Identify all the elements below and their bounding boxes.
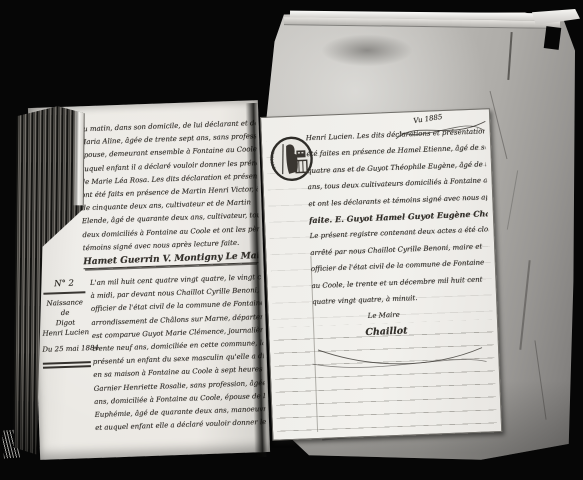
register-scan: N° 2 Naissance de Digot Henri Lucien Du …	[0, 0, 583, 480]
act-2-text: L'an mil huit cent quatre vingt quatre, …	[90, 271, 266, 435]
signature-flourish	[308, 335, 491, 380]
paper-crease	[519, 260, 530, 350]
act-number: N° 2	[40, 278, 88, 290]
paper-crease	[490, 91, 508, 159]
paper-crease	[507, 170, 518, 229]
margin-annotation: N° 2 Naissance de Digot Henri Lucien Du …	[40, 278, 91, 368]
left-page-text: du matin, dans son domicile, de lui décl…	[78, 117, 266, 435]
margin-note-date: Du 25 mai 1884	[42, 344, 90, 354]
margin-rule	[43, 361, 91, 365]
paper-notch	[544, 26, 562, 50]
written-sheet: TIMBRE Vu 1885 Henri Lucien. Les dits dé…	[260, 108, 502, 441]
margin-rule	[43, 365, 91, 368]
fold-shadow	[302, 32, 432, 78]
margin-rule	[43, 291, 85, 294]
right-sheet-text: Henri Lucien. Les dits déclarations et p…	[306, 123, 493, 343]
paper-crease	[507, 32, 512, 80]
paper-crease	[534, 340, 546, 419]
margin-note-line: Henri Lucien	[42, 327, 90, 339]
